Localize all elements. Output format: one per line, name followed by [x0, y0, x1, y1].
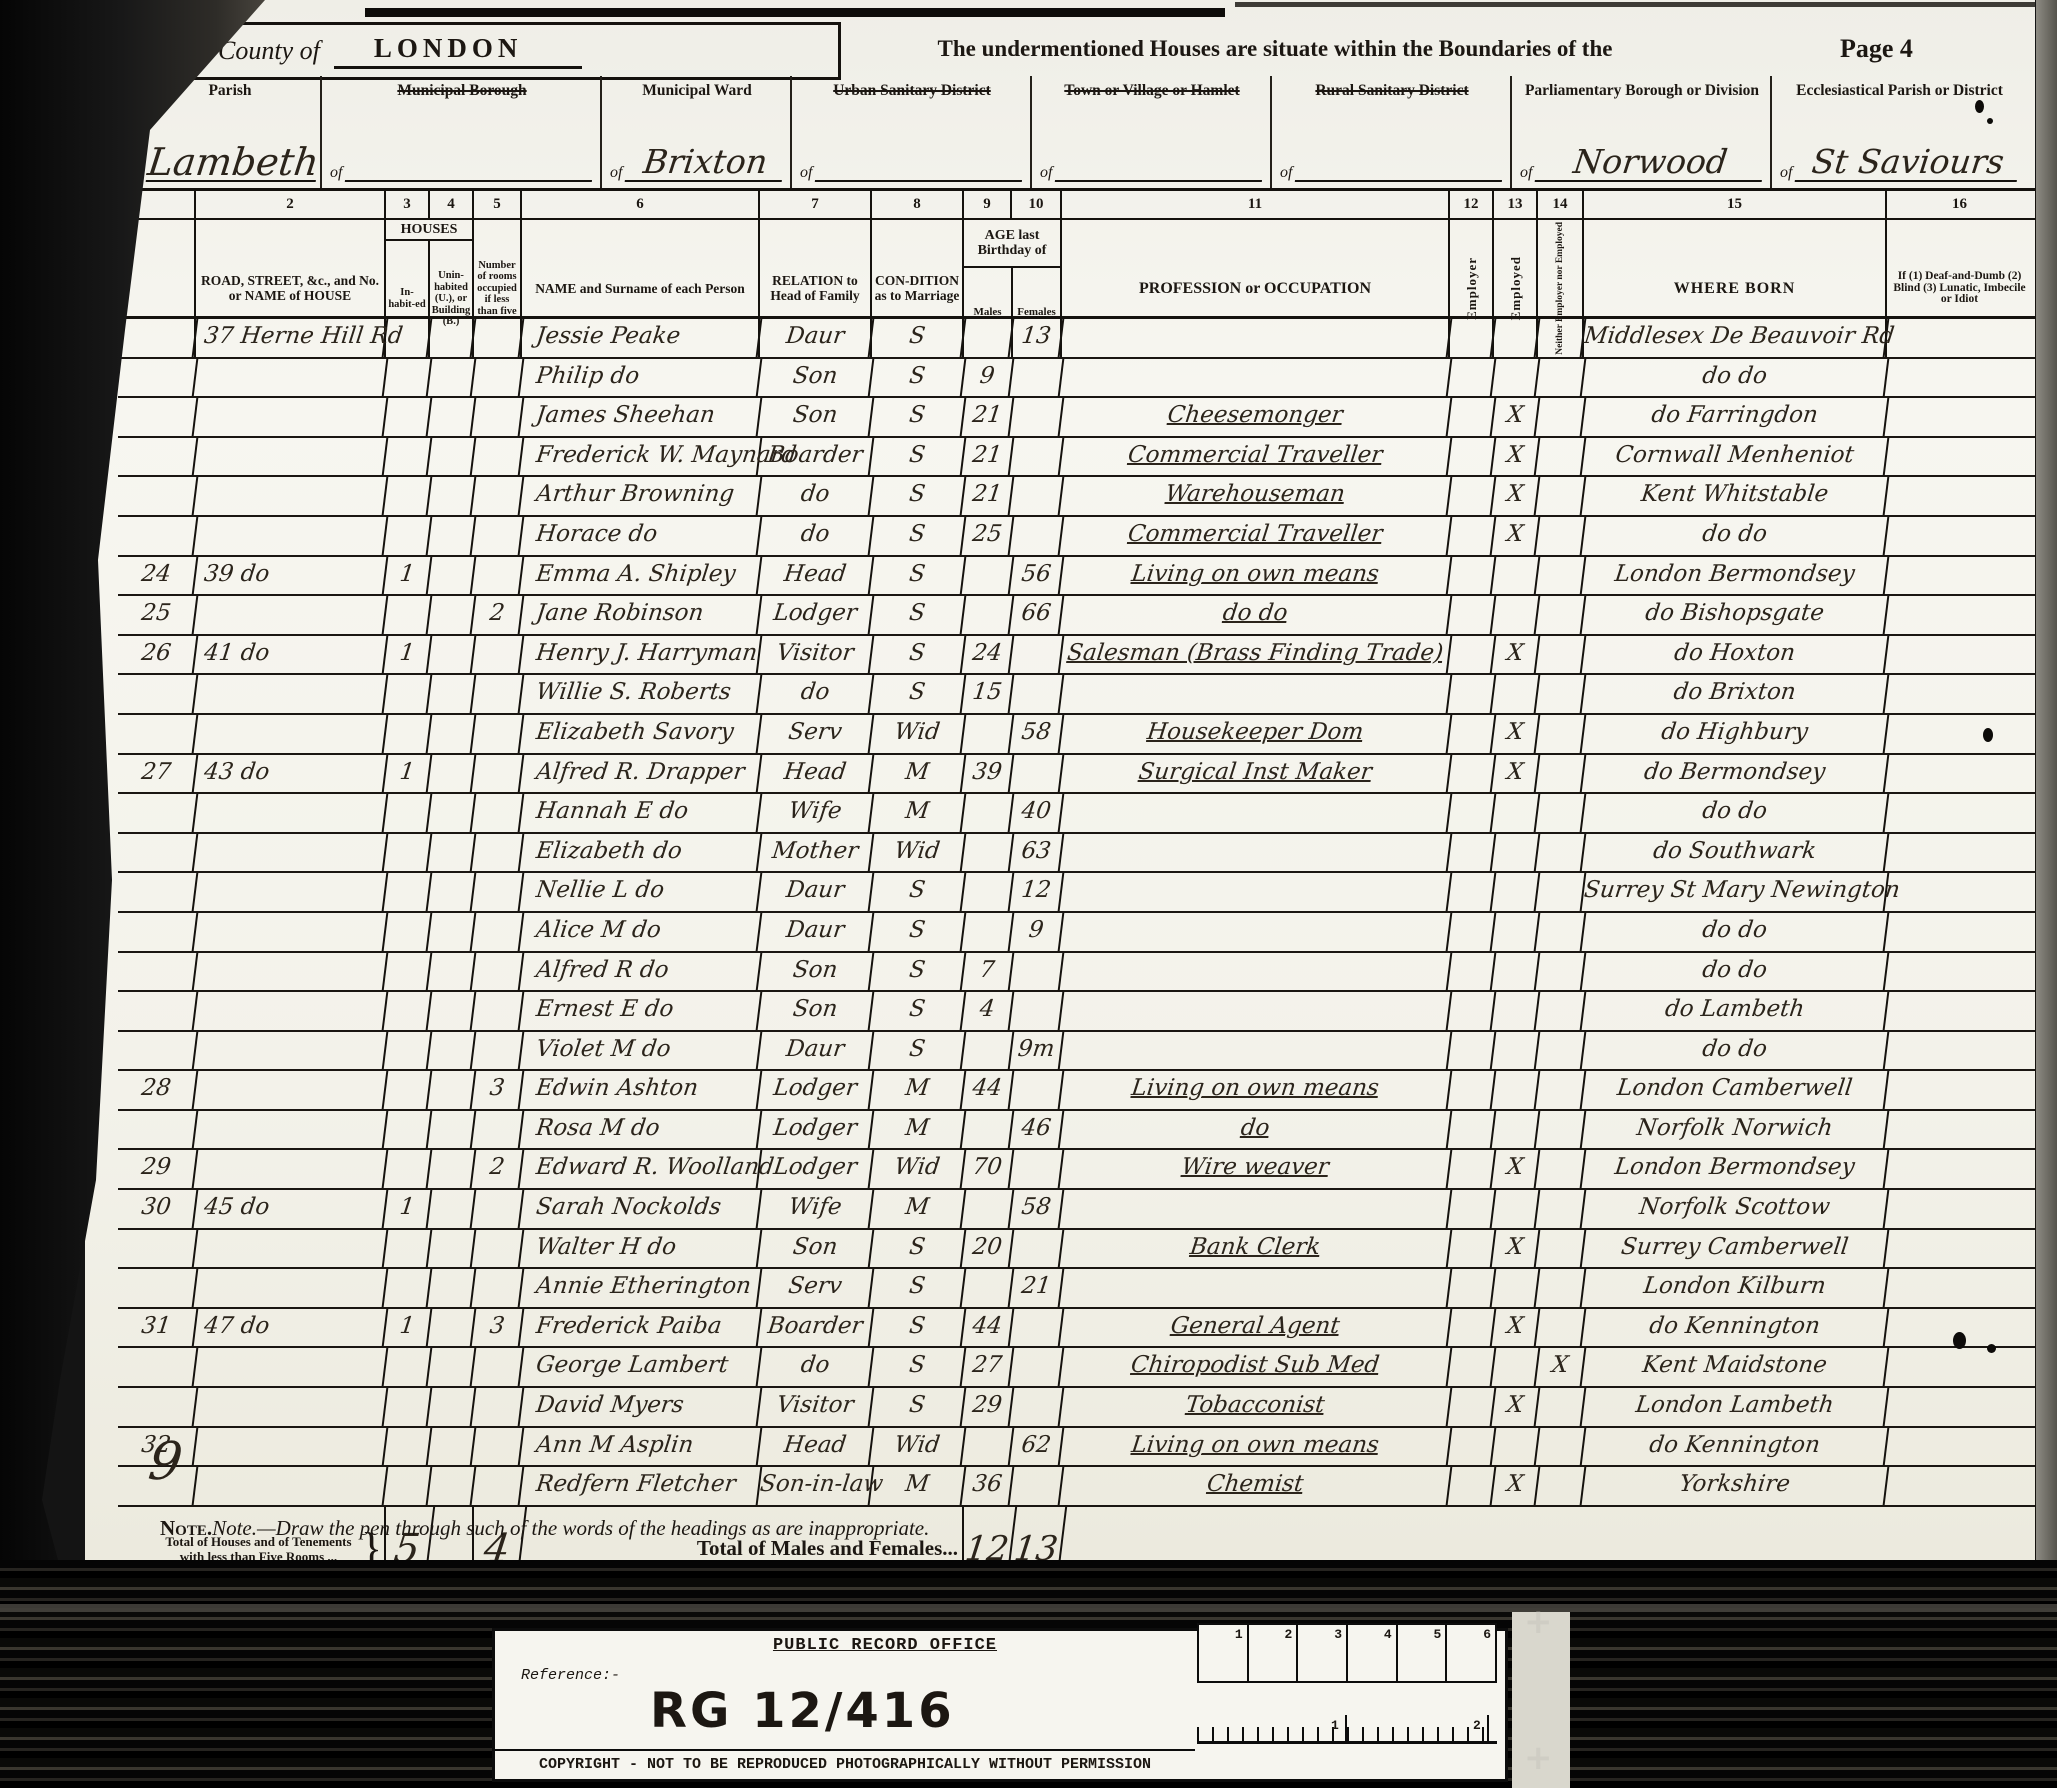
- name-cell: Willie S. Roberts: [520, 675, 763, 713]
- age-male-cell: [962, 1428, 1015, 1466]
- employed-cell: [1492, 1190, 1541, 1228]
- name-cell: Rosa M do: [520, 1111, 763, 1149]
- employed-cell: [1492, 834, 1541, 872]
- employer-cell: [1448, 438, 1497, 476]
- infirmity-cell: [1885, 596, 2035, 634]
- inhabited-cell: [384, 1348, 433, 1386]
- rooms-cell: [472, 1230, 525, 1268]
- neither-cell: [1536, 1309, 1587, 1347]
- col-num: 12: [1450, 191, 1494, 218]
- field-value: [1055, 146, 1266, 182]
- table-row: Walter H do Son S 20 Bank Clerk X Surrey…: [118, 1230, 2035, 1270]
- where-born-cell: do do: [1582, 794, 1890, 832]
- rooms-cell: [472, 477, 525, 515]
- name-cell: George Lambert: [520, 1348, 763, 1386]
- footnote: Note.Note.—Draw the pen through such of …: [160, 1516, 929, 1541]
- employer-cell: [1448, 596, 1497, 634]
- age-male-cell: [962, 319, 1015, 357]
- table-row: Alice M do Daur S 9 do do: [118, 913, 2035, 953]
- employer-cell: [1448, 1388, 1497, 1426]
- employer-cell: [1448, 1032, 1497, 1070]
- employer-cell: [1448, 913, 1497, 951]
- name-cell: Violet M do: [520, 1032, 763, 1070]
- relation-cell: Daur: [758, 1032, 875, 1070]
- col-num: 16: [1887, 191, 2032, 218]
- relation-cell: Daur: [758, 873, 875, 911]
- infirmity-cell: [1885, 794, 2035, 832]
- occupation-cell: [1060, 873, 1453, 911]
- employer-cell: [1448, 1467, 1497, 1505]
- neither-cell: [1536, 953, 1587, 991]
- employer-cell: [1448, 359, 1497, 397]
- age-male-cell: 29: [962, 1388, 1015, 1426]
- field-value: Norwood: [1535, 144, 1766, 182]
- condition-cell: Wid: [870, 834, 967, 872]
- relation-cell: Wife: [758, 794, 875, 832]
- occupation-cell: Surgical Inst Maker: [1060, 755, 1453, 793]
- name-cell: Redfern Fletcher: [520, 1467, 763, 1505]
- rooms-cell: [472, 1428, 525, 1466]
- reference-label: Reference:-: [521, 1667, 620, 1684]
- uninhabited-cell: [428, 913, 477, 951]
- rooms-cell: [472, 1388, 525, 1426]
- schedule-number-cell: [116, 794, 199, 832]
- relation-cell: Visitor: [758, 1388, 875, 1426]
- employed-cell: [1492, 992, 1541, 1030]
- relation-cell: Serv: [758, 715, 875, 753]
- rooms-cell: [472, 992, 525, 1030]
- infirmity-cell: [1885, 517, 2035, 555]
- occupation-cell: Bank Clerk: [1060, 1230, 1453, 1268]
- where-born-cell: do do: [1582, 953, 1890, 991]
- ink-blot: [1983, 728, 1993, 742]
- neither-cell: X: [1536, 1348, 1587, 1386]
- employed-cell: [1492, 1428, 1541, 1466]
- age-female-cell: 56: [1010, 557, 1065, 595]
- employed-cell: X: [1492, 1230, 1541, 1268]
- inhabited-cell: [384, 477, 433, 515]
- employer-cell: [1448, 1111, 1497, 1149]
- rooms-cell: [472, 1032, 525, 1070]
- header-employer-label: Employer: [1464, 257, 1479, 320]
- name-cell: Ann M Asplin: [520, 1428, 763, 1466]
- scan-edge-line-2: [1235, 2, 2035, 7]
- address-cell: [194, 1150, 389, 1188]
- occupation-cell: Wire weaver: [1060, 1150, 1453, 1188]
- address-cell: [194, 992, 389, 1030]
- uninhabited-cell: [428, 794, 477, 832]
- uninhabited-cell: [428, 1190, 477, 1228]
- age-male-cell: 25: [962, 517, 1015, 555]
- address-cell: [194, 675, 389, 713]
- occupation-cell: Tobacconist: [1060, 1388, 1453, 1426]
- employed-cell: [1492, 359, 1541, 397]
- col-num: 13: [1494, 191, 1538, 218]
- ruler-cell: 4: [1348, 1625, 1398, 1681]
- inhabited-cell: [384, 438, 433, 476]
- relation-cell: Son: [758, 359, 875, 397]
- inhabited-cell: 1: [384, 1190, 433, 1228]
- where-born-cell: Kent Whitstable: [1582, 477, 1890, 515]
- header-age: AGE last Birthday of: [964, 220, 1060, 266]
- schedule-number-cell: 24: [116, 557, 199, 595]
- schedule-number-cell: [116, 1111, 199, 1149]
- rooms-cell: [472, 398, 525, 436]
- age-male-cell: 27: [962, 1348, 1015, 1386]
- relation-cell: Lodger: [758, 1150, 875, 1188]
- condition-cell: M: [870, 794, 967, 832]
- rooms-cell: [472, 1111, 525, 1149]
- address-cell: 47 do: [194, 1309, 389, 1347]
- address-cell: [194, 794, 389, 832]
- uninhabited-cell: [428, 1388, 477, 1426]
- relation-cell: Wife: [758, 1190, 875, 1228]
- schedule-number-cell: 31: [116, 1309, 199, 1347]
- ruler-cell: 2: [1249, 1625, 1299, 1681]
- infirmity-cell: [1885, 1150, 2035, 1188]
- inhabited-cell: [384, 1150, 433, 1188]
- name-cell: David Myers: [520, 1388, 763, 1426]
- schedule-number-cell: [116, 517, 199, 555]
- occupation-cell: [1060, 1190, 1453, 1228]
- condition-cell: S: [870, 1032, 967, 1070]
- field-value: Brixton: [625, 144, 786, 182]
- infirmity-cell: [1885, 715, 2035, 753]
- name-cell: Nellie L do: [520, 873, 763, 911]
- employer-cell: [1448, 1309, 1497, 1347]
- employer-cell: [1448, 1190, 1497, 1228]
- ruler-mark-label: 2: [1473, 1718, 1481, 1733]
- occupation-cell: [1060, 1269, 1453, 1307]
- where-born-cell: do Bishopsgate: [1582, 596, 1890, 634]
- uninhabited-cell: [428, 1111, 477, 1149]
- scan-right-edge: [2036, 0, 2057, 1560]
- address-cell: [194, 1269, 389, 1307]
- ruler-major-tick: [1345, 1715, 1347, 1741]
- condition-cell: S: [870, 1388, 967, 1426]
- age-male-cell: [962, 873, 1015, 911]
- employer-cell: [1448, 1269, 1497, 1307]
- occupation-cell: [1060, 1032, 1453, 1070]
- employer-cell: [1448, 319, 1497, 357]
- field-municipal-borough: Municipal Borough of: [320, 76, 602, 188]
- employer-cell: [1448, 715, 1497, 753]
- uninhabited-cell: [428, 873, 477, 911]
- scan-edge-line: [365, 8, 1225, 17]
- where-born-cell: do Southwark: [1582, 834, 1890, 872]
- occupation-cell: Living on own means: [1060, 1071, 1453, 1109]
- uninhabited-cell: [428, 953, 477, 991]
- age-female-cell: 12: [1010, 873, 1065, 911]
- employed-cell: X: [1492, 1388, 1541, 1426]
- name-cell: Alfred R. Drapper: [520, 755, 763, 793]
- where-born-cell: London Bermondsey: [1582, 557, 1890, 595]
- rooms-cell: 3: [472, 1309, 525, 1347]
- uninhabited-cell: [428, 438, 477, 476]
- uninhabited-cell: [428, 517, 477, 555]
- inhabited-cell: [384, 992, 433, 1030]
- field-ecclesiastical-parish: Ecclesiastical Parish or District ofSt S…: [1770, 76, 2027, 188]
- employer-cell: [1448, 873, 1497, 911]
- neither-cell: [1536, 675, 1587, 713]
- age-male-cell: [962, 557, 1015, 595]
- rooms-cell: [472, 913, 525, 951]
- inhabited-cell: [384, 1230, 433, 1268]
- schedule-number-cell: [116, 913, 199, 951]
- occupation-cell: [1060, 359, 1453, 397]
- employer-cell: [1448, 517, 1497, 555]
- rooms-cell: 3: [472, 1071, 525, 1109]
- employer-cell: [1448, 1071, 1497, 1109]
- age-male-cell: [962, 1032, 1015, 1070]
- field-label: Ecclesiastical Parish or District: [1772, 76, 2027, 100]
- infirmity-cell: [1885, 398, 2035, 436]
- rooms-cell: [472, 1269, 525, 1307]
- uninhabited-cell: [428, 1348, 477, 1386]
- relation-cell: do: [758, 477, 875, 515]
- table-row: Philip do Son S 9 do do: [118, 359, 2035, 399]
- address-cell: 43 do: [194, 755, 389, 793]
- county-value: LONDON: [334, 33, 583, 69]
- inhabited-cell: [384, 1269, 433, 1307]
- rooms-cell: [472, 557, 525, 595]
- inhabited-cell: [384, 1111, 433, 1149]
- employed-cell: X: [1492, 755, 1541, 793]
- inhabited-cell: [384, 517, 433, 555]
- relation-cell: Son: [758, 953, 875, 991]
- rooms-cell: [472, 1348, 525, 1386]
- age-male-cell: [962, 834, 1015, 872]
- age-female-cell: 58: [1010, 1190, 1065, 1228]
- table-row: David Myers Visitor S 29 Tobacconist X L…: [118, 1388, 2035, 1428]
- registration-mark: +: [1524, 1602, 1553, 1642]
- table-row: Nellie L do Daur S 12 Surrey St Mary New…: [118, 873, 2035, 913]
- occupation-cell: [1060, 319, 1453, 357]
- ink-blot: [1987, 1344, 1996, 1353]
- infirmity-cell: [1885, 953, 2035, 991]
- condition-cell: M: [870, 755, 967, 793]
- inhabited-cell: [384, 873, 433, 911]
- uninhabited-cell: [428, 675, 477, 713]
- table-row: 30 45 do 1 Sarah Nockolds Wife M 58 Norf…: [118, 1190, 2035, 1230]
- age-male-cell: 4: [962, 992, 1015, 1030]
- age-male-cell: 9: [962, 359, 1015, 397]
- infirmity-cell: [1885, 1111, 2035, 1149]
- address-cell: 39 do: [194, 557, 389, 595]
- address-cell: [194, 596, 389, 634]
- employed-cell: X: [1492, 1467, 1541, 1505]
- ruler-mark-label: 1: [1331, 1718, 1339, 1733]
- neither-cell: [1536, 477, 1587, 515]
- where-born-cell: London Lambeth: [1582, 1388, 1890, 1426]
- relation-cell: do: [758, 1348, 875, 1386]
- uninhabited-cell: [428, 636, 477, 674]
- header-houses: HOUSES: [386, 220, 472, 241]
- age-female-cell: 40: [1010, 794, 1065, 832]
- relation-cell: Lodger: [758, 596, 875, 634]
- field-urban-sanitary: Urban Sanitary District of: [790, 76, 1032, 188]
- condition-cell: S: [870, 517, 967, 555]
- infirmity-cell: [1885, 1269, 2035, 1307]
- table-row: Rosa M do Lodger M 46 do Norfolk Norwich: [118, 1111, 2035, 1151]
- uninhabited-cell: [428, 1269, 477, 1307]
- inhabited-cell: 1: [384, 755, 433, 793]
- name-cell: Jessie Peake: [520, 319, 763, 357]
- neither-cell: [1536, 873, 1587, 911]
- age-male-cell: 20: [962, 1230, 1015, 1268]
- employed-cell: X: [1492, 477, 1541, 515]
- census-scan-page: County of LONDON The undermentioned Hous…: [0, 0, 2057, 1788]
- condition-cell: S: [870, 359, 967, 397]
- of-label: of: [610, 164, 622, 182]
- neither-cell: [1536, 1111, 1587, 1149]
- relation-cell: Head: [758, 755, 875, 793]
- schedule-number-cell: 30: [116, 1190, 199, 1228]
- uninhabited-cell: [428, 1150, 477, 1188]
- address-cell: [194, 477, 389, 515]
- name-cell: Sarah Nockolds: [520, 1190, 763, 1228]
- uninhabited-cell: [428, 1309, 477, 1347]
- name-cell: Elizabeth do: [520, 834, 763, 872]
- employer-cell: [1448, 755, 1497, 793]
- occupation-cell: Warehouseman: [1060, 477, 1453, 515]
- schedule-number-cell: [116, 715, 199, 753]
- neither-cell: [1536, 913, 1587, 951]
- age-male-cell: [962, 794, 1015, 832]
- schedule-number-cell: [116, 1388, 199, 1426]
- infirmity-cell: [1885, 1348, 2035, 1386]
- relation-cell: Head: [758, 557, 875, 595]
- field-value: [1295, 146, 1506, 182]
- age-female-cell: [1010, 992, 1065, 1030]
- neither-cell: [1536, 359, 1587, 397]
- age-female-cell: [1010, 1230, 1065, 1268]
- employer-cell: [1448, 636, 1497, 674]
- employer-cell: [1448, 398, 1497, 436]
- table-row: Hannah E do Wife M 40 do do: [118, 794, 2035, 834]
- neither-cell: [1536, 517, 1587, 555]
- boundary-statement: The undermentioned Houses are situate wi…: [785, 36, 1765, 62]
- where-born-cell: Norfolk Norwich: [1582, 1111, 1890, 1149]
- age-female-cell: [1010, 1348, 1065, 1386]
- age-female-cell: [1010, 517, 1065, 555]
- where-born-cell: London Camberwell: [1582, 1071, 1890, 1109]
- employed-cell: X: [1492, 715, 1541, 753]
- infirmity-cell: [1885, 477, 2035, 515]
- inhabited-cell: [384, 913, 433, 951]
- employer-cell: [1448, 794, 1497, 832]
- footnote-text: Note.—Draw the pen through such of the w…: [212, 1516, 929, 1540]
- infirmity-cell: [1885, 359, 2035, 397]
- condition-cell: M: [870, 1111, 967, 1149]
- address-cell: [194, 438, 389, 476]
- rooms-cell: [472, 359, 525, 397]
- employed-cell: [1492, 1071, 1541, 1109]
- age-female-cell: [1010, 636, 1065, 674]
- occupation-cell: [1060, 675, 1453, 713]
- age-male-cell: 44: [962, 1071, 1015, 1109]
- table-row: Arthur Browning do S 21 Warehouseman X K…: [118, 477, 2035, 517]
- column-number-row: 2 3 4 5 6 7 8 9 10 11 12 13 14 15 16: [118, 191, 2035, 220]
- table-row: 29 2 Edward R. Woolland Lodger Wid 70 Wi…: [118, 1150, 2035, 1190]
- table-row: 25 2 Jane Robinson Lodger S 66 do do do …: [118, 596, 2035, 636]
- address-cell: [194, 1032, 389, 1070]
- age-female-cell: [1010, 1388, 1065, 1426]
- field-value: [345, 146, 596, 182]
- table-row: Horace do do S 25 Commercial Traveller X…: [118, 517, 2035, 557]
- address-cell: 41 do: [194, 636, 389, 674]
- inhabited-cell: [384, 319, 433, 357]
- rooms-cell: [472, 636, 525, 674]
- age-male-cell: 7: [962, 953, 1015, 991]
- infirmity-cell: [1885, 675, 2035, 713]
- condition-cell: S: [870, 477, 967, 515]
- inhabited-cell: [384, 715, 433, 753]
- condition-cell: S: [870, 438, 967, 476]
- schedule-number-cell: [116, 953, 199, 991]
- name-cell: Hannah E do: [520, 794, 763, 832]
- age-male-cell: 24: [962, 636, 1015, 674]
- employed-cell: [1492, 1032, 1541, 1070]
- table-row: Willie S. Roberts do S 15 do Brixton: [118, 675, 2035, 715]
- condition-cell: S: [870, 1269, 967, 1307]
- registration-mark: +: [1524, 1738, 1553, 1778]
- field-label: Municipal Ward: [602, 76, 792, 100]
- table-row: Elizabeth Savory Serv Wid 58 Housekeeper…: [118, 715, 2035, 755]
- of-label: of: [1780, 164, 1792, 182]
- occupation-cell: [1060, 992, 1453, 1030]
- scan-band-highlight: [0, 1604, 2057, 1612]
- infirmity-cell: [1885, 636, 2035, 674]
- where-born-cell: do Bermondsey: [1582, 755, 1890, 793]
- inhabited-cell: [384, 1071, 433, 1109]
- ink-blot: [1987, 118, 1993, 124]
- age-male-cell: 36: [962, 1467, 1015, 1505]
- rooms-cell: 2: [472, 1150, 525, 1188]
- infirmity-cell: [1885, 1032, 2035, 1070]
- condition-cell: Wid: [870, 1150, 967, 1188]
- inhabited-cell: [384, 794, 433, 832]
- table-row: 27 43 do 1 Alfred R. Drapper Head M 39 S…: [118, 755, 2035, 795]
- col-num: 5: [474, 191, 522, 218]
- of-label: of: [330, 164, 342, 182]
- neither-cell: [1536, 834, 1587, 872]
- neither-cell: [1536, 1269, 1587, 1307]
- field-label: Rural Sanitary District: [1272, 76, 1512, 100]
- address-cell: [194, 517, 389, 555]
- where-born-cell: do Brixton: [1582, 675, 1890, 713]
- age-male-cell: [962, 1111, 1015, 1149]
- infirmity-cell: [1885, 1230, 2035, 1268]
- relation-cell: Boarder: [758, 438, 875, 476]
- age-male-cell: 15: [962, 675, 1015, 713]
- field-label: Town or Village or Hamlet: [1032, 76, 1272, 100]
- schedule-number-cell: [116, 1032, 199, 1070]
- occupation-cell: Commercial Traveller: [1060, 517, 1453, 555]
- uninhabited-cell: [428, 1467, 477, 1505]
- employed-cell: [1492, 953, 1541, 991]
- neither-cell: [1536, 398, 1587, 436]
- census-table: 2 3 4 5 6 7 8 9 10 11 12 13 14 15 16 ROA…: [118, 188, 2038, 1597]
- schedule-number-cell: [116, 438, 199, 476]
- where-born-cell: Surrey Camberwell: [1582, 1230, 1890, 1268]
- address-cell: [194, 1111, 389, 1149]
- age-female-cell: [1010, 953, 1065, 991]
- stamp-ruler: 1 2 3 4 5 6 1 2: [1197, 1623, 1497, 1773]
- address-cell: [194, 1467, 389, 1505]
- infirmity-cell: [1885, 834, 2035, 872]
- name-cell: Emma A. Shipley: [520, 557, 763, 595]
